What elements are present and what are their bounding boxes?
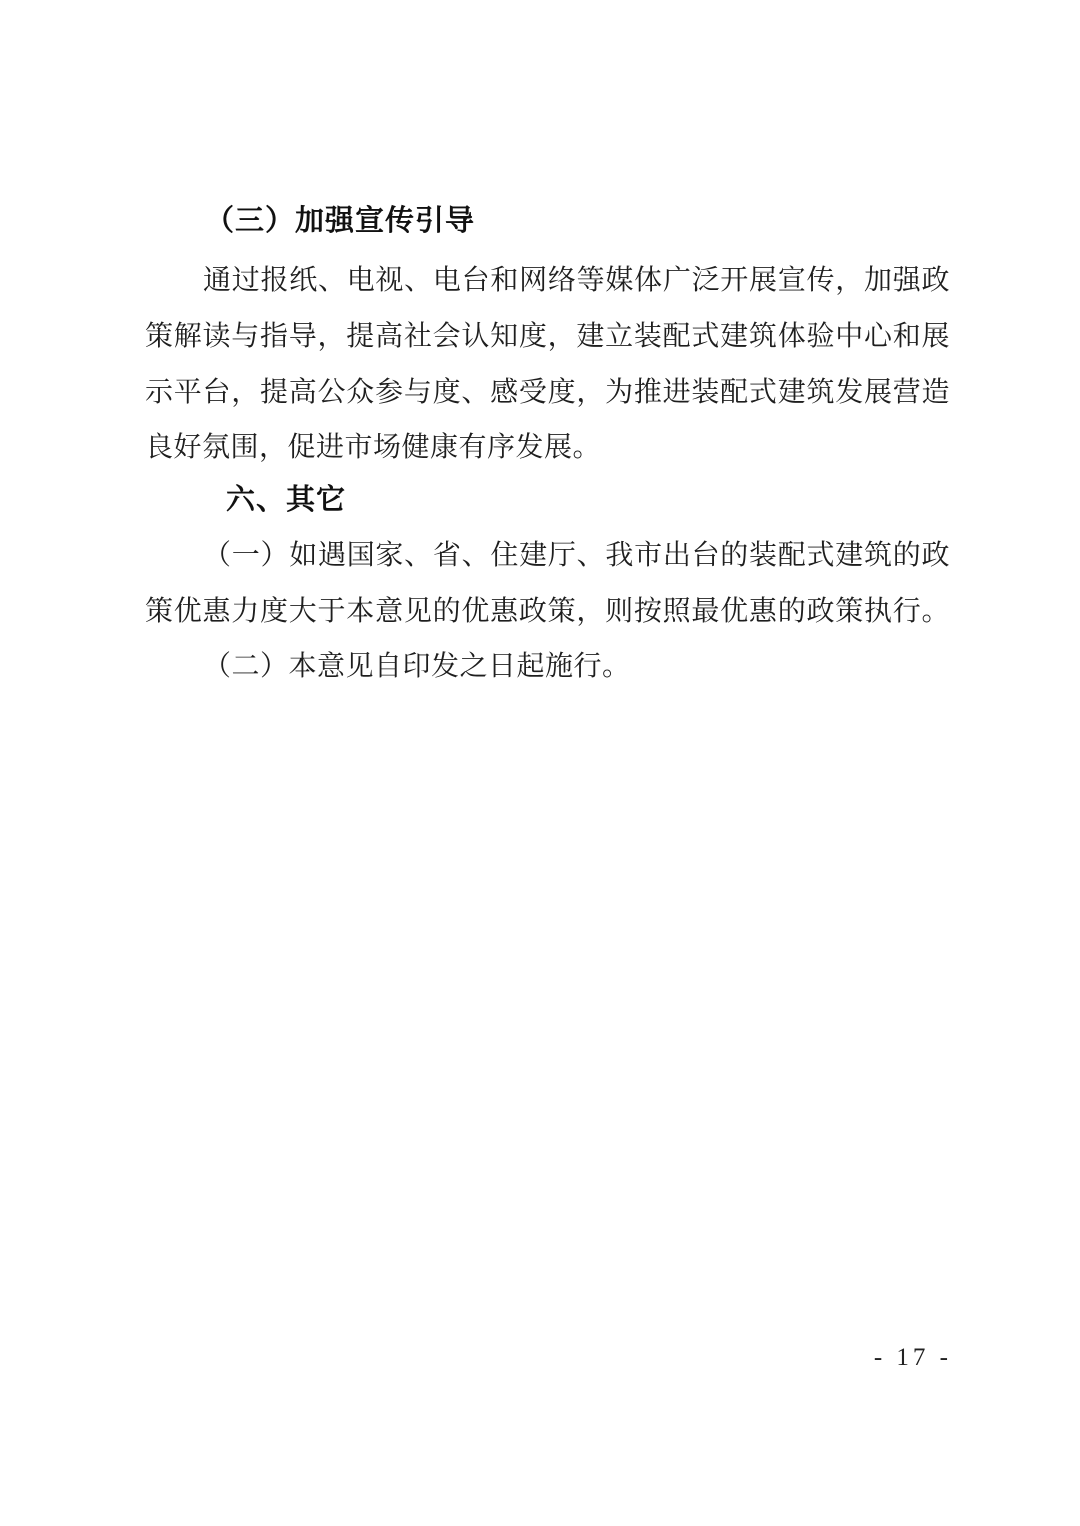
section-heading-propaganda: （三）加强宣传引导 (205, 203, 475, 239)
paragraph-line: 策优惠力度大于本意见的优惠政策，则按照最优惠的政策执行。 (145, 594, 950, 630)
page-number: - 17 - (874, 1344, 952, 1372)
section-heading-other: 六、其它 (226, 482, 346, 518)
paragraph-line: （二）本意见自印发之日起施行。 (145, 649, 950, 685)
paragraph-line: 策解读与指导，提高社会认知度，建立装配式建筑体验中心和展 (145, 319, 950, 355)
paragraph-line: （一）如遇国家、省、住建厅、我市出台的装配式建筑的政 (145, 538, 950, 574)
paragraph-line: 良好氛围，促进市场健康有序发展。 (145, 430, 950, 466)
paragraph-line: 示平台，提高公众参与度、感受度，为推进装配式建筑发展营造 (145, 375, 950, 411)
paragraph-line: 通过报纸、电视、电台和网络等媒体广泛开展宣传，加强政 (145, 263, 950, 299)
document-page: （三）加强宣传引导 通过报纸、电视、电台和网络等媒体广泛开展宣传，加强政 策解读… (0, 0, 1080, 1526)
